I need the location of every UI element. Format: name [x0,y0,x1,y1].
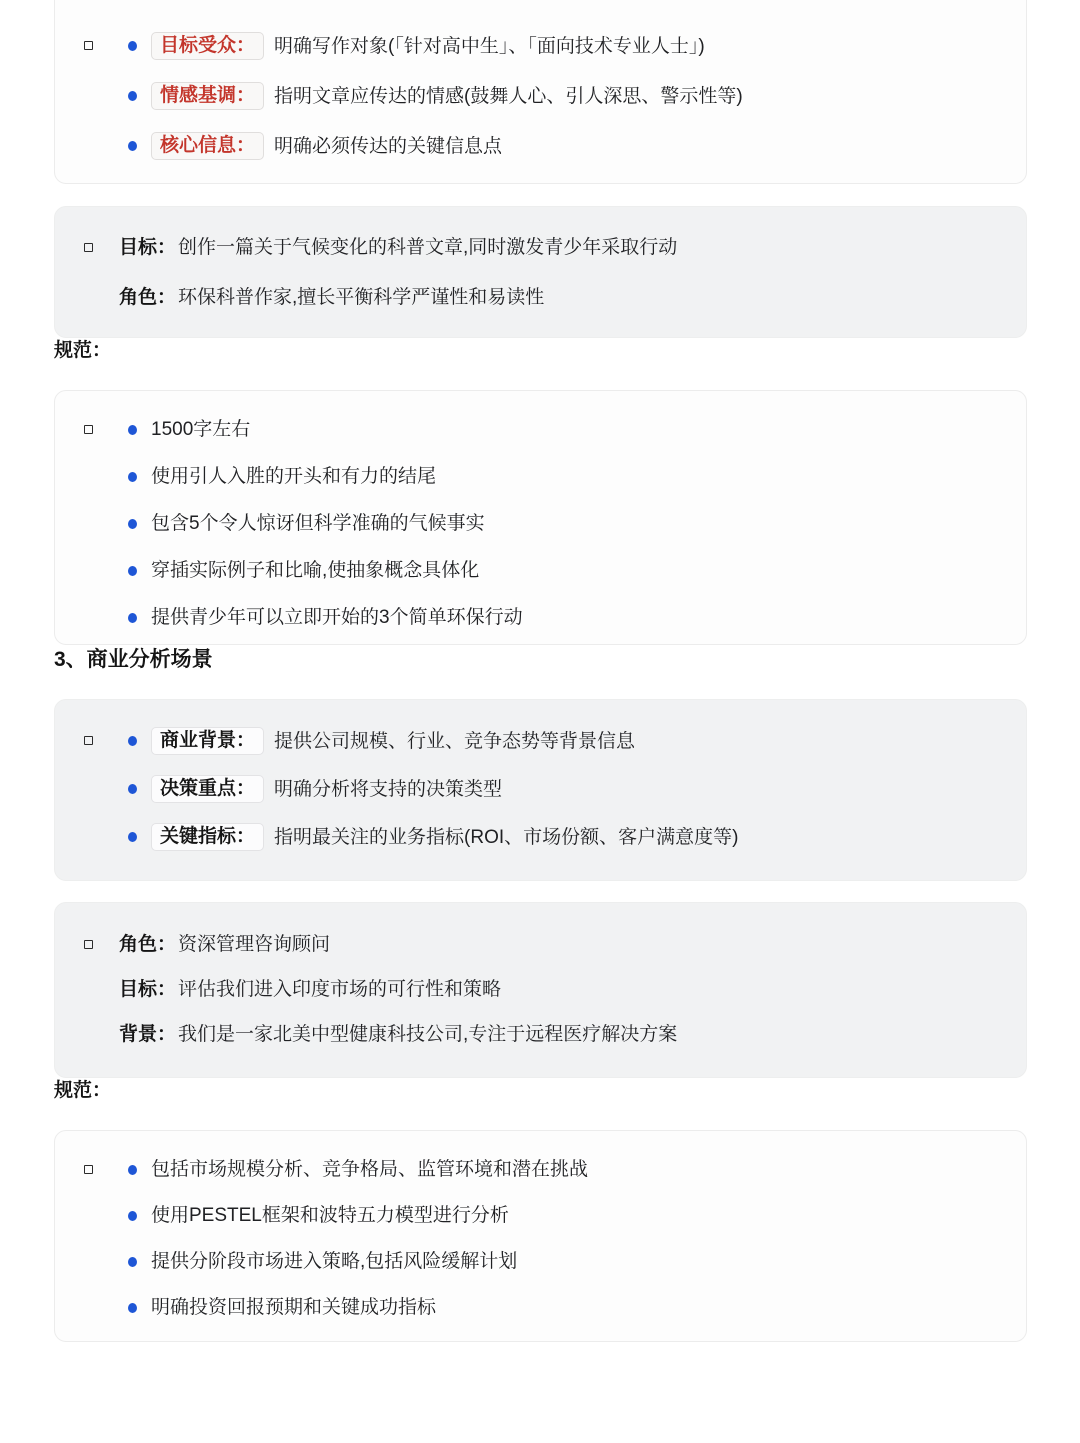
marker-slot [79,1249,125,1257]
marker-slot [79,83,125,91]
marker-slot [79,728,125,745]
list-item: 关键指标：指明最关注的业务指标(ROI、市场份额、客户满意度等) [79,824,1002,852]
bullet-dot-icon [128,784,137,794]
list-item-text: 包含5个令人惊讶但科学准确的气候事实 [151,511,1002,537]
list-item-text: 明确投资回报预期和关键成功指标 [151,1295,1002,1321]
list-item: 使用引人入胜的开头和有力的结尾 [79,464,1002,490]
list-item-text: 提供青少年可以立即开始的3个简单环保行动 [151,605,1002,631]
list-item-text: 关键指标：指明最关注的业务指标(ROI、市场份额、客户满意度等) [151,824,1002,852]
marker-slot [79,977,119,985]
bullet-slot [125,83,151,101]
marker-slot [79,824,125,832]
marker-slot [79,605,125,613]
list-item: 包括市场规模分析、竞争格局、监管环境和潜在挑战 [79,1157,1002,1183]
field-label: 角色： [119,287,176,308]
business-elements-card: 商业背景：提供公司规模、行业、竞争态势等背景信息 决策重点：明确分析将支持的决策… [54,699,1027,881]
bullet-dot-icon [128,425,137,435]
field-value: 我们是一家北美中型健康科技公司,专注于远程医疗解决方案 [178,1024,677,1045]
term-tag: 关键指标： [151,823,264,851]
marker-slot [79,133,125,141]
list-item: 提供分阶段市场进入策略,包括风险缓解计划 [79,1249,1002,1275]
list-item-text: 背景：我们是一家北美中型健康科技公司,专注于远程医疗解决方案 [119,1022,1002,1048]
marker-slot [79,1203,125,1211]
spec-heading: 规范： [54,1078,1027,1104]
marker-slot [79,235,119,252]
list-item-text: 提供分阶段市场进入策略,包括风险缓解计划 [151,1249,1002,1275]
field-value: 创作一篇关于气候变化的科普文章,同时激发青少年采取行动 [178,237,677,258]
bullet-dot-icon [128,832,137,842]
list-item-text: 使用引人入胜的开头和有力的结尾 [151,464,1002,490]
square-marker-icon [84,1165,93,1174]
list-item-text: 情感基调：指明文章应传达的情感(鼓舞人心、引人深思、警示性等) [151,83,1002,111]
marker-slot [79,558,125,566]
list-item-text: 目标：创作一篇关于气候变化的科普文章,同时激发青少年采取行动 [119,235,1002,261]
square-marker-icon [84,736,93,745]
marker-slot [79,1157,125,1174]
marker-slot [79,1295,125,1303]
term-desc: 指明文章应传达的情感(鼓舞人心、引人深思、警示性等) [274,86,743,107]
list-item: 商业背景：提供公司规模、行业、竞争态势等背景信息 [79,728,1002,756]
term-desc: 明确必须传达的关键信息点 [274,136,502,157]
list-item: 提供青少年可以立即开始的3个简单环保行动 [79,605,1002,631]
term-tag: 情感基调： [151,82,264,110]
list-item: 包含5个令人惊讶但科学准确的气候事实 [79,511,1002,537]
document-page: 目标受众：明确写作对象(「针对高中生」、「面向技术专业人士」) 情感基调：指明文… [0,0,1080,1443]
field-label: 角色： [119,934,176,955]
document-content: 目标受众：明确写作对象(「针对高中生」、「面向技术专业人士」) 情感基调：指明文… [0,0,1080,1342]
bullet-dot-icon [128,1165,137,1175]
list-item-text: 核心信息：明确必须传达的关键信息点 [151,133,1002,161]
list-item-text: 穿插实际例子和比喻,使抽象概念具体化 [151,558,1002,584]
bullet-dot-icon [128,736,137,746]
list-item-text: 角色：环保科普作家,擅长平衡科学严谨性和易读性 [119,285,1002,311]
bullet-slot [125,1203,151,1221]
term-desc: 指明最关注的业务指标(ROI、市场份额、客户满意度等) [274,827,738,848]
list-item: 1500字左右 [79,417,1002,443]
list-item: 背景：我们是一家北美中型健康科技公司,专注于远程医疗解决方案 [79,1022,1002,1048]
business-section-heading: 3、商业分析场景 [54,645,1027,675]
list-item: 穿插实际例子和比喻,使抽象概念具体化 [79,558,1002,584]
bullet-slot [125,605,151,623]
marker-slot [79,464,125,472]
writing-example-card: 目标：创作一篇关于气候变化的科普文章,同时激发青少年采取行动 角色：环保科普作家… [54,206,1027,338]
field-value: 资深管理咨询顾问 [178,934,330,955]
field-label: 目标： [119,979,176,1000]
term-desc: 提供公司规模、行业、竞争态势等背景信息 [274,731,635,752]
bullet-slot [125,511,151,529]
bullet-dot-icon [128,566,137,576]
bullet-slot [125,133,151,151]
spec-heading: 规范： [54,338,1027,364]
bullet-dot-icon [128,1303,137,1313]
list-item: 核心信息：明确必须传达的关键信息点 [79,133,1002,161]
list-item: 决策重点：明确分析将支持的决策类型 [79,776,1002,804]
list-item-text: 角色：资深管理咨询顾问 [119,932,1002,958]
field-label: 目标： [119,237,176,258]
list-item: 使用PESTEL框架和波特五力模型进行分析 [79,1203,1002,1229]
term-desc: 明确分析将支持的决策类型 [274,779,502,800]
marker-slot [79,1022,119,1030]
list-item-text: 决策重点：明确分析将支持的决策类型 [151,776,1002,804]
bullet-dot-icon [128,1257,137,1267]
bullet-slot [125,776,151,794]
field-value: 环保科普作家,擅长平衡科学严谨性和易读性 [178,287,544,308]
marker-slot [79,776,125,784]
square-marker-icon [84,243,93,252]
writing-elements-card: 目标受众：明确写作对象(「针对高中生」、「面向技术专业人士」) 情感基调：指明文… [54,0,1027,184]
term-tag: 核心信息： [151,132,264,160]
bullet-dot-icon [128,91,137,101]
term-tag: 决策重点： [151,775,264,803]
list-item: 目标受众：明确写作对象(「针对高中生」、「面向技术专业人士」) [79,33,1002,61]
bullet-dot-icon [128,472,137,482]
square-marker-icon [84,41,93,50]
list-item-text: 1500字左右 [151,417,1002,443]
field-value: 评估我们进入印度市场的可行性和策略 [178,979,501,1000]
list-item-text: 目标：评估我们进入印度市场的可行性和策略 [119,977,1002,1003]
list-item-text: 目标受众：明确写作对象(「针对高中生」、「面向技术专业人士」) [151,33,1002,61]
bullet-slot [125,417,151,435]
marker-slot [79,33,125,50]
field-label: 背景： [119,1024,176,1045]
business-example-card: 角色：资深管理咨询顾问 目标：评估我们进入印度市场的可行性和策略 背景：我们是一… [54,902,1027,1078]
marker-slot [79,417,125,434]
list-item-text: 包括市场规模分析、竞争格局、监管环境和潜在挑战 [151,1157,1002,1183]
bullet-dot-icon [128,141,137,151]
bullet-slot [125,1157,151,1175]
term-desc: 明确写作对象(「针对高中生」、「面向技术专业人士」) [274,36,705,57]
bullet-slot [125,1249,151,1267]
marker-slot [79,511,125,519]
marker-slot [79,932,119,949]
list-item: 角色：环保科普作家,擅长平衡科学严谨性和易读性 [79,285,1002,311]
bullet-dot-icon [128,519,137,529]
writing-spec-card: 1500字左右 使用引人入胜的开头和有力的结尾 包含5个令人惊讶但科学准确的气候… [54,390,1027,645]
list-item: 明确投资回报预期和关键成功指标 [79,1295,1002,1321]
bullet-dot-icon [128,613,137,623]
list-item: 情感基调：指明文章应传达的情感(鼓舞人心、引人深思、警示性等) [79,83,1002,111]
term-tag: 商业背景： [151,727,264,755]
marker-slot [79,285,119,293]
list-item-text: 使用PESTEL框架和波特五力模型进行分析 [151,1203,1002,1229]
list-item: 目标：评估我们进入印度市场的可行性和策略 [79,977,1002,1003]
list-item: 目标：创作一篇关于气候变化的科普文章,同时激发青少年采取行动 [79,235,1002,261]
list-item-text: 商业背景：提供公司规模、行业、竞争态势等背景信息 [151,728,1002,756]
bullet-slot [125,1295,151,1313]
bullet-slot [125,464,151,482]
bullet-dot-icon [128,1211,137,1221]
list-item: 角色：资深管理咨询顾问 [79,932,1002,958]
square-marker-icon [84,425,93,434]
square-marker-icon [84,940,93,949]
term-tag: 目标受众： [151,32,264,60]
bullet-slot [125,558,151,576]
bullet-slot [125,728,151,746]
bullet-slot [125,824,151,842]
business-spec-card: 包括市场规模分析、竞争格局、监管环境和潜在挑战 使用PESTEL框架和波特五力模… [54,1130,1027,1342]
bullet-dot-icon [128,41,137,51]
bullet-slot [125,33,151,51]
